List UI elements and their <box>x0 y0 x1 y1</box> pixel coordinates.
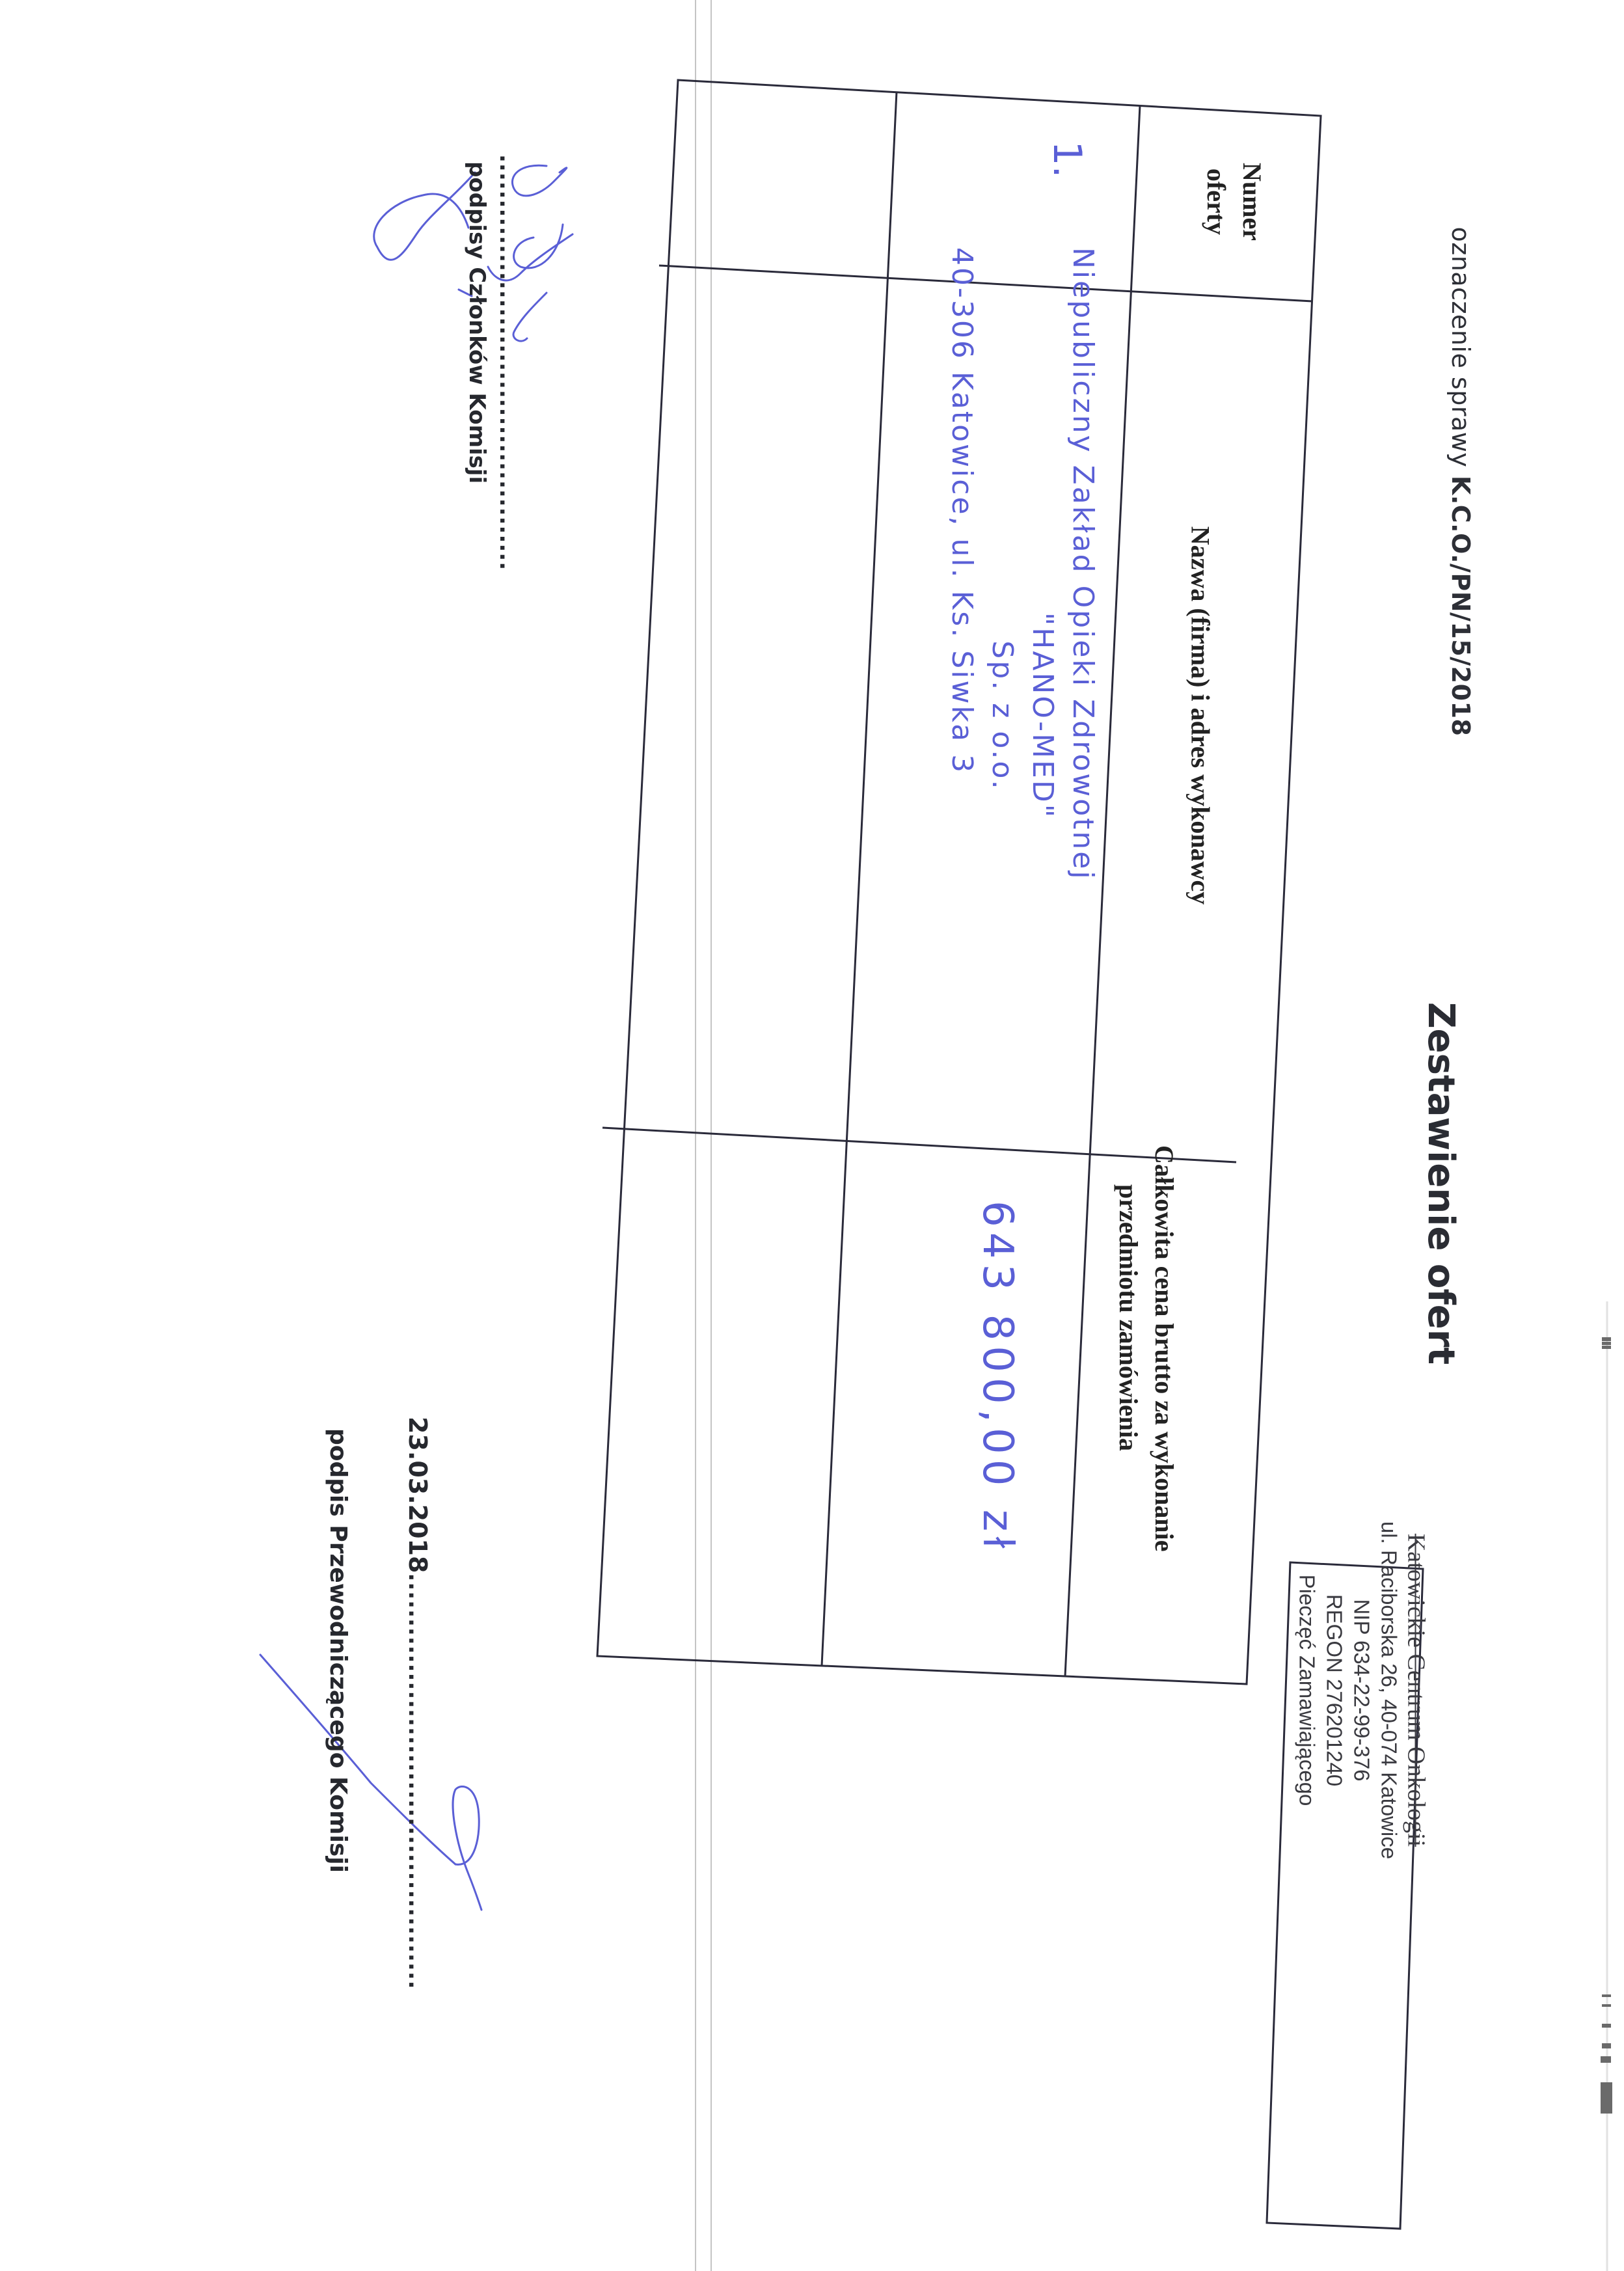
stamp-nip: NIP 634-22-99-376 <box>1348 1495 1375 1886</box>
stamp-regon: REGON 276201240 <box>1321 1495 1348 1886</box>
case-reference: oznaczenie sprawy K.C.O./PN/15/2018 <box>1446 163 1475 800</box>
scanned-document-page: oznaczenie sprawy K.C.O./PN/15/2018 Zest… <box>0 0 1624 2271</box>
contractor-line: 40-306 Katowice, ul. Ks. Siwka 3 <box>941 247 982 1184</box>
row-divider-1 <box>822 92 897 1666</box>
contractor-line: Niepubliczny Zakład Opieki Zdrowotnej <box>1062 247 1103 1184</box>
chair-signature-label: podpis Przewodniczącego Komisji <box>325 1428 351 1682</box>
stamp-caption: Pieczęć Zamawiającego <box>1293 1495 1321 1886</box>
offer-number-cell: 1. <box>1044 133 1090 185</box>
stamp-org-name: Katowickie Centrum Onkologii <box>1403 1495 1430 1886</box>
contractor-line: "HANO-MED" <box>1022 247 1062 1184</box>
signature-date: 23.03.2018..............................… <box>403 1417 432 1709</box>
case-reference-label: oznaczenie sprawy <box>1446 227 1475 468</box>
members-signature-label: podpisy Członków Komisji <box>464 161 490 337</box>
column-header-price: Całkowita cena brutto za wykonanie przed… <box>1111 1145 1182 1490</box>
contractor-cell: Niepubliczny Zakład Opieki Zdrowotnej "H… <box>940 247 1103 1184</box>
chair-signature <box>260 1655 481 1910</box>
buyer-stamp: Katowickie Centrum Onkologii ul. Racibor… <box>1290 1495 1430 1886</box>
stamp-address: ul. Raciborska 26, 40-074 Katowice <box>1375 1495 1403 1886</box>
case-reference-value: K.C.O./PN/15/2018 <box>1446 476 1475 737</box>
price-cell: 643 800,00 zł <box>969 1201 1022 1474</box>
document-graphics <box>0 0 1624 2271</box>
column-header-contractor: Nazwa (firma) i adres wykonawcy <box>1183 472 1219 960</box>
page-title: Zestawienie ofert <box>1420 1002 1462 1295</box>
contractor-line: Sp. z o.o. <box>982 247 1022 1184</box>
column-header-offer-number: Numer oferty <box>1198 137 1270 267</box>
members-signature-line: ........................................… <box>494 154 521 434</box>
